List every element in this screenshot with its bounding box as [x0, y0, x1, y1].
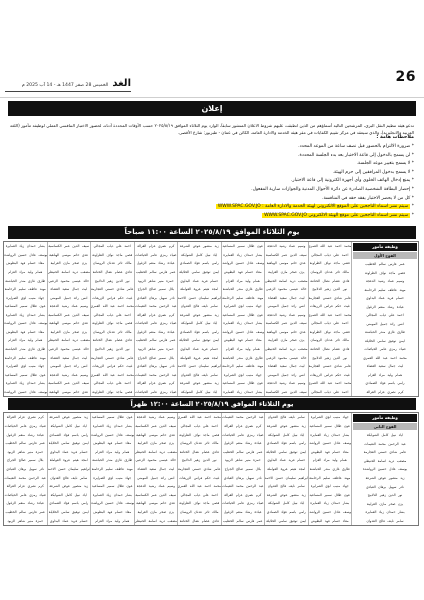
- candidate-name: عدي حاتم موسى الهباهبة: [48, 319, 91, 328]
- candidate-name: محمد احمد عبد الله العمري: [309, 242, 352, 251]
- candidate-name: معاذ حسام فهد البطوش: [91, 508, 134, 517]
- candidate-name: عون طلال سمير المساعيد: [309, 490, 352, 499]
- candidate-name: عبادة رشاد منعم الزغول: [4, 499, 47, 508]
- announcement-intro: تدعو هيئة تنظيم النقل البري، المرشحين ال…: [10, 123, 414, 136]
- candidate-name: نادر سهيل برهان العبادي: [352, 482, 418, 491]
- note-item-highlighted: * سيتم نشر اسماء الناجحين على الموقع الا…: [10, 203, 414, 212]
- candidate-name: كرم نصري عزام القرالة: [222, 422, 265, 431]
- page-number: 26: [396, 69, 416, 85]
- candidates-table-session-2: وظيفة مأمورالفوج الثانياياد نبيل كامل ال…: [3, 412, 419, 526]
- candidate-name: معاذ حسام فهد البطوش: [4, 259, 47, 268]
- candidate-name: زيد منصور عوض الشرعة: [48, 413, 91, 422]
- candidate-name: بشار حمدان زياد العمايرة: [222, 251, 265, 260]
- candidate-name: زيد منصور عوض الشرعة: [178, 379, 221, 388]
- candidate-name: معاذ حسام فهد البطوش: [4, 328, 47, 337]
- candidate-name: عبد الرحمن محمد النعيمات: [222, 413, 265, 422]
- candidate-name: طارق غازي منذر الحباشنة: [222, 353, 265, 362]
- candidate-name: مصعب دريد اسامة الحنيطي: [135, 447, 178, 456]
- candidate-name: عدي حاتم موسى الهباهبة: [265, 259, 308, 268]
- candidate-name: بشار حمدان زياد العمايرة: [91, 422, 134, 431]
- candidate-name: معاذ حسام فهد البطوش: [91, 439, 134, 448]
- candidate-name: همام وليد مراد العزام: [222, 276, 265, 285]
- highlighted-note-text: سيتم نشر اسماء الناجحين على موقع الهيئة …: [262, 213, 410, 218]
- candidate-name: بشار حمدان زياد العمايرة: [4, 311, 47, 320]
- candidate-name: سيف الدين عمر الكساسبة: [48, 379, 91, 388]
- candidate-name: غيث حكم فراس الزريقات: [309, 370, 352, 379]
- candidate-name: سامر نايف فالح العدوان: [178, 370, 221, 379]
- candidate-name: طارق غازي منذر الحباشنة: [4, 345, 47, 354]
- candidate-name: عون طلال سمير المساعيد: [4, 370, 47, 379]
- candidate-name: ايمن توفيق سامي الخلايلة: [265, 447, 308, 456]
- names-column: جهاد منيب لؤي الصرايرةعون طلال سمير المس…: [308, 413, 352, 525]
- names-column: سيف الدين عمر الكساسبةعدي حاتم موسى الهب…: [47, 242, 91, 396]
- notes-title: ملاحظات هامة :: [376, 135, 414, 140]
- note-item: * لن يسمح بالدخول إلى قاعة الاختبار بعد …: [10, 152, 414, 161]
- candidate-name: كرم نصري عزام القرالة: [135, 242, 178, 251]
- candidate-name: مهند عاطف سليم الرحامنة: [309, 473, 352, 482]
- candidate-name: جهاد منيب لؤي الصرايرة: [222, 370, 265, 379]
- candidate-name: احمد علي ذياب المجالي: [178, 490, 221, 499]
- candidate-name: اياد نبيل كامل الشوابكة: [178, 251, 221, 260]
- candidate-name: امجد هيثم عروة العواملة: [178, 353, 221, 362]
- candidate-name: مالك ثائر عدنان الروسان: [178, 508, 221, 517]
- candidate-name: نور الدين زهير الدلابيح: [352, 491, 418, 500]
- candidate-name: سيف الدين عمر الكساسبة: [265, 319, 308, 328]
- candidate-name: سيف الدين عمر الكساسبة: [48, 311, 91, 320]
- candidate-name: خالد عيسى محمود الزعبي: [265, 353, 308, 362]
- header-divider: [0, 97, 424, 98]
- candidate-name: عمر فارس سالم الخطيب: [4, 439, 47, 448]
- candidate-name: حسام فريد عماد البداوي: [178, 345, 221, 354]
- candidate-name: عامر شادي حسني العجارمة: [309, 362, 352, 371]
- candidate-name: يوسف عادل حسين الرواشدة: [352, 465, 418, 474]
- candidate-name: نادر سهيل برهان العبادي: [135, 293, 178, 302]
- candidate-name: معاذ حسام فهد البطوش: [222, 268, 265, 277]
- candidate-name: حسام فريد عماد البداوي: [178, 276, 221, 285]
- candidate-name: اياد نبيل كامل الشوابكة: [178, 319, 221, 328]
- candidate-name: عمر فارس سالم الخطيب: [222, 516, 265, 525]
- group-label-cell: الفوج الثاني: [353, 423, 417, 430]
- candidate-name: حمزة منير شاهر الزيود: [135, 345, 178, 354]
- candidate-name: امجد هيثم عروة العواملة: [178, 285, 221, 294]
- candidate-name: كرم نصري عزام القرالة: [4, 413, 47, 422]
- candidate-name: احمد علي ذياب المجالي: [309, 319, 352, 328]
- candidate-name: مهند عاطف سليم الرحامنة: [91, 465, 134, 474]
- candidate-name: اياد نبيل كامل الشوابكة: [265, 499, 308, 508]
- candidate-name: كرم نصري عزام القرالة: [352, 388, 418, 397]
- candidate-name: رامي باسم فؤاد الصمادي: [352, 379, 418, 388]
- note-item: * ضرورة الالتزام بالحضور قبل نصف ساعة من…: [10, 143, 414, 152]
- candidate-name: عبادة رشاد منعم الزغول: [352, 303, 418, 312]
- candidate-name: مهند عاطف سليم الرحامنة: [222, 362, 265, 371]
- candidate-name: امجد هيثم عروة العواملة: [265, 465, 308, 474]
- candidate-name: مصعب دريد اسامة الحنيطي: [48, 336, 91, 345]
- candidate-name: قصي ماجد نواف الطراونة: [178, 430, 221, 439]
- candidate-name: وسيم عماد رشيد الدعجة: [135, 413, 178, 422]
- candidate-name: سامر نايف فالح العدوان: [265, 482, 308, 491]
- candidate-name: عدي حاتم موسى الهباهبة: [135, 430, 178, 439]
- candidate-name: جهاد منيب لؤي الصرايرة: [4, 293, 47, 302]
- candidate-name: بلال سمير صالح الجراح: [222, 465, 265, 474]
- note-item: * يمنع إدخال الهاتف الخلوي وأي أجهزة الك…: [10, 177, 414, 186]
- candidate-name: فادي عصام نضال الختاتنة: [309, 345, 352, 354]
- candidate-name: اياد نبيل كامل الشوابكة: [48, 490, 91, 499]
- candidate-name: حمزة منير شاهر الزيود: [222, 456, 265, 465]
- candidate-name: ليث جمال سعيد القضاة: [135, 465, 178, 474]
- notes-list: * ضرورة الالتزام بالحضور قبل نصف ساعة من…: [10, 143, 414, 220]
- names-column: زيد منصور عوض الشرعةاياد نبيل كامل الشوا…: [177, 242, 221, 396]
- candidate-name: محمد احمد عبد الله العمري: [178, 482, 221, 491]
- date-line: الخميس 28 صفر 1447 هـ - 14 آب 2025 م: [22, 83, 108, 88]
- names-column: وسيم عماد رشيد الدعجةسيف الدين عمر الكسا…: [134, 413, 178, 525]
- candidate-name: طارق غازي منذر الحباشنة: [4, 276, 47, 285]
- candidate-name: عون طلال سمير المساعيد: [4, 302, 47, 311]
- candidate-name: وسيم عماد رشيد الدعجة: [265, 379, 308, 388]
- candidate-name: ليث جمال سعيد القضاة: [265, 293, 308, 302]
- candidate-name: زيد منصور عوض الشرعة: [48, 482, 91, 491]
- candidate-name: يزن صخر مازن الغرايبة: [352, 499, 418, 508]
- candidate-name: مصعب دريد اسامة الحنيطي: [135, 516, 178, 525]
- candidate-name: مالك ثائر عدنان الروسان: [178, 439, 221, 448]
- candidate-name: معاذ حسام فهد البطوش: [309, 516, 352, 525]
- candidate-name: يوسف عادل حسين الرواشدة: [4, 388, 47, 396]
- candidate-name: همام وليد مراد العزام: [91, 447, 134, 456]
- candidate-name: عدي حاتم موسى الهباهبة: [48, 251, 91, 260]
- candidate-name: عبادة رشاد منعم الزغول: [4, 430, 47, 439]
- candidate-name: بلال سمير صالح الجراح: [4, 456, 47, 465]
- candidate-name: حمزة منير شاهر الزيود: [135, 276, 178, 285]
- candidate-name: قصي ماجد نواف الطراونة: [309, 259, 352, 268]
- candidate-name: يوسف عادل حسين الرواشدة: [4, 251, 47, 260]
- candidate-name: زيد منصور عوض الشرعة: [178, 311, 221, 320]
- candidate-name: ضياء رمزي عامر الحياصات: [4, 490, 47, 499]
- candidate-name: ايمن توفيق سامي الخلايلة: [352, 337, 418, 346]
- candidate-name: ليث جمال سعيد القضاة: [265, 362, 308, 371]
- candidate-name: قصي ماجد نواف الطراونة: [352, 269, 418, 278]
- candidate-name: غيث حكم فراس الزريقات: [91, 293, 134, 302]
- candidate-name: عمر فارس سالم الخطيب: [222, 447, 265, 456]
- candidate-name: كرم نصري عزام القرالة: [135, 379, 178, 388]
- candidate-name: امجد هيثم عروة العواملة: [48, 456, 91, 465]
- job-title-cell: وظيفة مأمور: [353, 414, 417, 422]
- names-column: احمد علي ذياب المجاليقصي ماجد نواف الطرا…: [90, 242, 134, 396]
- candidate-name: ليث جمال سعيد القضاة: [48, 285, 91, 294]
- candidate-name: زيد منصور عوض الشرعة: [178, 242, 221, 251]
- candidate-name: احمد علي ذياب المجالي: [352, 311, 418, 320]
- candidate-name: عبادة رشاد منعم الزغول: [222, 439, 265, 448]
- candidate-name: قصي ماجد نواف الطراونة: [91, 251, 134, 260]
- candidate-name: خالد عيسى محمود الزعبي: [48, 345, 91, 354]
- candidate-name: رامي باسم فؤاد الصمادي: [48, 430, 91, 439]
- names-column: محمد احمد عبد الله العمرياحمد علي ذياب ا…: [177, 413, 221, 525]
- candidate-name: بلال سمير صالح الجراح: [135, 285, 178, 294]
- candidate-name: جهاد منيب لؤي الصرايرة: [309, 413, 352, 422]
- candidate-name: ضياء رمزي عامر الحياصات: [4, 422, 47, 431]
- candidate-name: عبد الرحمن محمد النعيمات: [4, 473, 47, 482]
- table-header-column: وظيفة مأمورالفوج الثانياياد نبيل كامل ال…: [351, 413, 418, 525]
- candidate-name: احمد علي ذياب المجالي: [309, 251, 352, 260]
- candidate-name: انس رائد جميل المومني: [48, 293, 91, 302]
- candidate-name: مالك ثائر عدنان الروسان: [91, 328, 134, 337]
- candidate-name: وسيم عماد رشيد الدعجة: [352, 277, 418, 286]
- table-header-column: وظيفة مأمورالفوج الأولعمر فارس سالم الخط…: [351, 242, 418, 396]
- candidate-name: قصي ماجد نواف الطراونة: [309, 328, 352, 337]
- candidate-name: يوسف عادل حسين الرواشدة: [309, 508, 352, 517]
- candidate-name: مالك ثائر عدنان الروسان: [309, 336, 352, 345]
- candidate-name: عبد الرحمن محمد النعيمات: [352, 440, 418, 449]
- candidate-name: عمر فارس سالم الخطيب: [352, 260, 418, 269]
- candidate-name: همام وليد مراد العزام: [222, 345, 265, 354]
- candidate-name: سيف الدين عمر الكساسبة: [265, 388, 308, 396]
- session-time-bar-1: يوم الثلاثاء الموافق ٢٠٢٥/٨/١٩ الساعة ١١…: [8, 226, 416, 239]
- candidate-name: يزن صخر مازن الغرايبة: [265, 268, 308, 277]
- candidate-name: عمر فارس سالم الخطيب: [4, 508, 47, 517]
- names-column: وسيم عماد رشيد الدعجةسيف الدين عمر الكسا…: [264, 242, 308, 396]
- candidate-name: طارق غازي منذر الحباشنة: [352, 328, 418, 337]
- candidate-name: مصعب دريد اسامة الحنيطي: [48, 268, 91, 277]
- candidate-name: زيد منصور عوض الشرعة: [265, 422, 308, 431]
- candidate-name: مهند عاطف سليم الرحامنة: [222, 293, 265, 302]
- names-column: زيد منصور عوض الشرعةاياد نبيل كامل الشوا…: [47, 413, 91, 525]
- candidate-name: محمد احمد عبد الله العمري: [309, 379, 352, 388]
- candidate-name: فادي عصام نضال الختاتنة: [91, 336, 134, 345]
- candidate-name: فادي عصام نضال الختاتنة: [309, 276, 352, 285]
- group-label-cell: الفوج الأول: [353, 252, 417, 259]
- job-title-cell: وظيفة مأمور: [353, 243, 417, 251]
- candidate-name: انس رائد جميل المومني: [352, 320, 418, 329]
- candidate-name: عون طلال سمير المساعيد: [91, 482, 134, 491]
- candidate-name: احمد علي ذياب المجالي: [91, 379, 134, 388]
- candidate-name: خالد عيسى محمود الزعبي: [48, 276, 91, 285]
- candidate-name: ضياء رمزي عامر الحياصات: [135, 388, 178, 396]
- candidate-name: نور الدين زهير الدلابيح: [178, 456, 221, 465]
- candidate-name: مصعب دريد اسامة الحنيطي: [352, 457, 418, 466]
- candidate-name: يوسف عادل حسين الرواشدة: [91, 499, 134, 508]
- candidate-name: جهاد منيب لؤي الصرايرة: [91, 473, 134, 482]
- candidate-name: خالد عيسى محمود الزعبي: [265, 285, 308, 294]
- candidate-name: وسيم عماد رشيد الدعجة: [48, 370, 91, 379]
- candidate-name: احمد علي ذياب المجالي: [178, 422, 221, 431]
- candidate-name: انس رائد جميل المومني: [265, 370, 308, 379]
- candidate-name: عبد الرحمن محمد النعيمات: [135, 370, 178, 379]
- candidate-name: زيد منصور عوض الشرعة: [265, 490, 308, 499]
- newspaper-logo: الغد: [112, 79, 131, 89]
- candidate-name: رامي باسم فؤاد الصمادي: [265, 508, 308, 517]
- candidate-name: خالد عيسى محمود الزعبي: [135, 456, 178, 465]
- candidate-name: ابراهيم سليمان حسن الاحمد: [48, 465, 91, 474]
- candidate-name: سامر نايف فالح العدوان: [48, 473, 91, 482]
- candidate-name: كرم نصري عزام القرالة: [135, 311, 178, 320]
- candidate-name: احمد علي ذياب المجالي: [309, 388, 352, 396]
- candidate-name: يوسف عادل حسين الرواشدة: [309, 439, 352, 448]
- candidate-name: يوسف عادل حسين الرواشدة: [222, 259, 265, 268]
- candidate-name: عبادة رشاد منعم الزغول: [135, 259, 178, 268]
- candidate-name: محمد احمد عبد الله العمري: [91, 302, 134, 311]
- candidate-name: عدي حاتم موسى الهباهبة: [135, 499, 178, 508]
- candidate-name: مهند عاطف سليم الرحامنة: [4, 353, 47, 362]
- candidate-name: سيف الدين عمر الكساسبة: [265, 251, 308, 260]
- candidate-name: عون طلال سمير المساعيد: [222, 379, 265, 388]
- note-item: * إحضار البطاقة الشخصية الصادرة عن دائرة…: [10, 186, 414, 195]
- candidate-name: مالك ثائر عدنان الروسان: [309, 268, 352, 277]
- candidate-name: جهاد منيب لؤي الصرايرة: [4, 362, 47, 371]
- candidate-name: ايمن توفيق سامي الخلايلة: [48, 508, 91, 517]
- candidate-name: بشار حمدان زياد العمايرة: [309, 499, 352, 508]
- candidate-name: سيف الدين عمر الكساسبة: [135, 422, 178, 431]
- candidate-name: همام وليد مراد العزام: [352, 371, 418, 380]
- candidate-name: عمر فارس سالم الخطيب: [135, 268, 178, 277]
- candidate-name: همام وليد مراد العزام: [309, 456, 352, 465]
- candidate-name: اياد نبيل كامل الشوابكة: [48, 422, 91, 431]
- candidate-name: عبد الرحمن محمد النعيمات: [135, 302, 178, 311]
- candidate-name: معاذ حسام فهد البطوش: [222, 336, 265, 345]
- candidate-name: يزن صخر مازن الغرايبة: [265, 336, 308, 345]
- candidate-name: ايمن توفيق سامي الخلايلة: [178, 268, 221, 277]
- candidate-name: ايمن توفيق سامي الخلايلة: [265, 516, 308, 525]
- candidate-name: جهاد منيب لؤي الصرايرة: [309, 482, 352, 491]
- candidate-name: عون طلال سمير المساعيد: [222, 242, 265, 251]
- candidate-name: ايمن توفيق سامي الخلايلة: [48, 439, 91, 448]
- candidate-name: يوسف عادل حسين الرواشدة: [91, 430, 134, 439]
- candidate-name: غيث حكم فراس الزريقات: [178, 473, 221, 482]
- candidate-name: عون طلال سمير المساعيد: [222, 311, 265, 320]
- session-time-bar-2: يوم الثلاثاء الموافق ٢٠٢٥/٨/١٩ الساعة ١٢…: [8, 398, 416, 410]
- names-column: عون طلال سمير المساعيدبشار حمدان زياد ال…: [221, 242, 265, 396]
- candidate-name: يزن صخر مازن الغرايبة: [135, 508, 178, 517]
- candidates-table-session-1: وظيفة مأمورالفوج الأولعمر فارس سالم الخط…: [3, 241, 419, 397]
- candidate-name: حمزة منير شاهر الزيود: [4, 516, 47, 525]
- names-column: محمد احمد عبد الله العمرياحمد علي ذياب ا…: [308, 242, 352, 396]
- candidate-name: نور الدين زهير الدلابيح: [309, 285, 352, 294]
- candidate-name: مالك ثائر عدنان الروسان: [91, 259, 134, 268]
- note-item-highlighted: * سيتم نشر اسماء الناجحين على موقع الهيئ…: [10, 212, 414, 221]
- candidate-name: عامر شادي حسني العجارمة: [91, 285, 134, 294]
- candidate-name: ضياء رمزي عامر الحياصات: [222, 430, 265, 439]
- candidate-name: يزن صخر مازن الغرايبة: [135, 439, 178, 448]
- candidate-name: حسام فريد عماد البداوي: [48, 516, 91, 525]
- candidate-name: نادر سهيل برهان العبادي: [135, 362, 178, 371]
- candidate-name: عامر شادي حسني العجارمة: [91, 353, 134, 362]
- masthead: الغد الخميس 28 صفر 1447 هـ - 14 آب 2025 …: [5, 79, 131, 92]
- candidate-name: ايمن توفيق سامي الخلايلة: [178, 336, 221, 345]
- candidate-name: انس رائد جميل المومني: [135, 473, 178, 482]
- candidate-name: بلال سمير صالح الجراح: [135, 353, 178, 362]
- candidate-name: اياد نبيل كامل الشوابكة: [352, 431, 418, 440]
- newspaper-page: 26 الغد الخميس 28 صفر 1447 هـ - 14 آب 20…: [0, 0, 424, 600]
- candidate-name: حمزة منير شاهر الزيود: [4, 447, 47, 456]
- candidate-name: بشار حمدان زياد العمايرة: [352, 508, 418, 517]
- candidate-name: اياد نبيل كامل الشوابكة: [265, 430, 308, 439]
- candidate-name: نادر سهيل برهان العبادي: [4, 465, 47, 474]
- candidate-name: كرم نصري عزام القرالة: [222, 490, 265, 499]
- candidate-name: سامر نايف فالح العدوان: [265, 413, 308, 422]
- candidate-name: عدي حاتم موسى الهباهبة: [265, 328, 308, 337]
- candidate-name: نادر سهيل برهان العبادي: [222, 473, 265, 482]
- candidate-name: احمد علي ذياب المجالي: [91, 242, 134, 251]
- candidate-name: همام وليد مراد العزام: [91, 516, 134, 525]
- candidate-name: فادي عصام نضال الختاتنة: [178, 516, 221, 525]
- highlighted-note-text: سيتم نشر اسماء الناجحين على الموقع الالك…: [216, 204, 410, 209]
- candidate-name: قصي ماجد نواف الطراونة: [91, 388, 134, 396]
- candidate-name: عبد الرحمن محمد النعيمات: [222, 482, 265, 491]
- candidate-name: وسيم عماد رشيد الدعجة: [48, 302, 91, 311]
- candidate-name: يزن صخر مازن الغرايبة: [48, 259, 91, 268]
- candidate-name: نور الدين زهير الدلابيح: [309, 353, 352, 362]
- candidate-name: ضياء رمزي عامر الحياصات: [352, 345, 418, 354]
- candidate-name: مهند عاطف سليم الرحامنة: [352, 286, 418, 295]
- names-column: بشار حمدان زياد العمايرةيوسف عادل حسين ا…: [4, 242, 47, 396]
- candidate-name: فادي عصام نضال الختاتنة: [178, 447, 221, 456]
- candidate-name: نور الدين زهير الدلابيح: [91, 276, 134, 285]
- candidate-name: حسام فريد عماد البداوي: [48, 447, 91, 456]
- candidate-name: ليث جمال سعيد القضاة: [352, 362, 418, 371]
- candidate-name: اياد نبيل كامل الشوابكة: [178, 388, 221, 396]
- candidate-name: عبادة رشاد منعم الزغول: [135, 328, 178, 337]
- candidate-name: بشار حمدان زياد العمايرة: [91, 490, 134, 499]
- candidate-name: ضياء رمزي عامر الحياصات: [135, 251, 178, 260]
- candidate-name: ضياء رمزي عامر الحياصات: [222, 499, 265, 508]
- candidate-name: ضياء رمزي عامر الحياصات: [135, 319, 178, 328]
- candidate-name: انس رائد جميل المومني: [265, 302, 308, 311]
- candidate-name: رامي باسم فؤاد الصمادي: [265, 439, 308, 448]
- candidate-name: معاذ حسام فهد البطوش: [309, 447, 352, 456]
- candidate-name: ابراهيم سليمان حسن الاحمد: [178, 293, 221, 302]
- names-column: عون طلال سمير المساعيدبشار حمدان زياد ال…: [90, 413, 134, 525]
- candidate-name: سيف الدين عمر الكساسبة: [48, 242, 91, 251]
- candidate-name: رامي باسم فؤاد الصمادي: [48, 499, 91, 508]
- candidate-name: همام وليد مراد العزام: [4, 268, 47, 277]
- candidate-name: محمد احمد عبد الله العمري: [178, 413, 221, 422]
- candidate-name: سيف الدين عمر الكساسبة: [135, 490, 178, 499]
- candidate-name: احمد علي ذياب المجالي: [91, 311, 134, 320]
- note-item: * كل من لا يحضر الاختبار يفقد حقه في الم…: [10, 195, 414, 204]
- candidate-name: رامي باسم فؤاد الصمادي: [178, 259, 221, 268]
- note-item: * لا يسمح بتغيير موعد الجلسة.: [10, 160, 414, 169]
- candidate-name: طارق غازي منذر الحباشنة: [309, 465, 352, 474]
- candidate-name: نور الدين زهير الدلابيح: [91, 345, 134, 354]
- candidate-name: بشار حمدان زياد العمايرة: [4, 379, 47, 388]
- candidate-name: عامر شادي حسني العجارمة: [309, 293, 352, 302]
- candidate-name: قصي ماجد نواف الطراونة: [91, 319, 134, 328]
- candidate-name: رامي باسم فؤاد الصمادي: [178, 328, 221, 337]
- candidate-name: فادي عصام نضال الختاتنة: [91, 268, 134, 277]
- names-column: عبد الرحمن محمد النعيماتكرم نصري عزام ال…: [221, 413, 265, 525]
- candidate-name: قصي ماجد نواف الطراونة: [178, 499, 221, 508]
- candidate-name: عامر شادي حسني العجارمة: [352, 448, 418, 457]
- candidate-name: جهاد منيب لؤي الصرايرة: [222, 302, 265, 311]
- candidate-name: وسيم عماد رشيد الدعجة: [265, 311, 308, 320]
- candidate-name: عبادة رشاد منعم الزغول: [222, 508, 265, 517]
- candidate-name: يوسف عادل حسين الرواشدة: [4, 319, 47, 328]
- candidate-name: محمد احمد عبد الله العمري: [91, 370, 134, 379]
- candidate-name: بشار حمدان زياد العمايرة: [4, 242, 47, 251]
- candidate-name: ابراهيم سليمان حسن الاحمد: [265, 473, 308, 482]
- candidate-name: يوسف عادل حسين الرواشدة: [222, 328, 265, 337]
- candidate-name: عون طلال سمير المساعيد: [91, 413, 134, 422]
- candidate-name: كرم نصري عزام القرالة: [4, 482, 47, 491]
- candidate-name: انس رائد جميل المومني: [48, 362, 91, 371]
- candidate-name: همام وليد مراد العزام: [4, 336, 47, 345]
- candidate-name: وسيم عماد رشيد الدعجة: [135, 482, 178, 491]
- candidate-name: بشار حمدان زياد العمايرة: [222, 388, 265, 396]
- candidate-name: طارق غازي منذر الحباشنة: [222, 285, 265, 294]
- note-item: * لا يسمح بدخول المرافقين إلى حرم الهيئة…: [10, 169, 414, 178]
- candidate-name: ابراهيم سليمان حسن الاحمد: [178, 362, 221, 371]
- candidate-name: سامر نايف فالح العدوان: [352, 516, 418, 525]
- candidate-name: زيد منصور عوض الشرعة: [352, 474, 418, 483]
- candidate-name: حسام فريد عماد البداوي: [265, 456, 308, 465]
- candidate-name: مصعب دريد اسامة الحنيطي: [265, 276, 308, 285]
